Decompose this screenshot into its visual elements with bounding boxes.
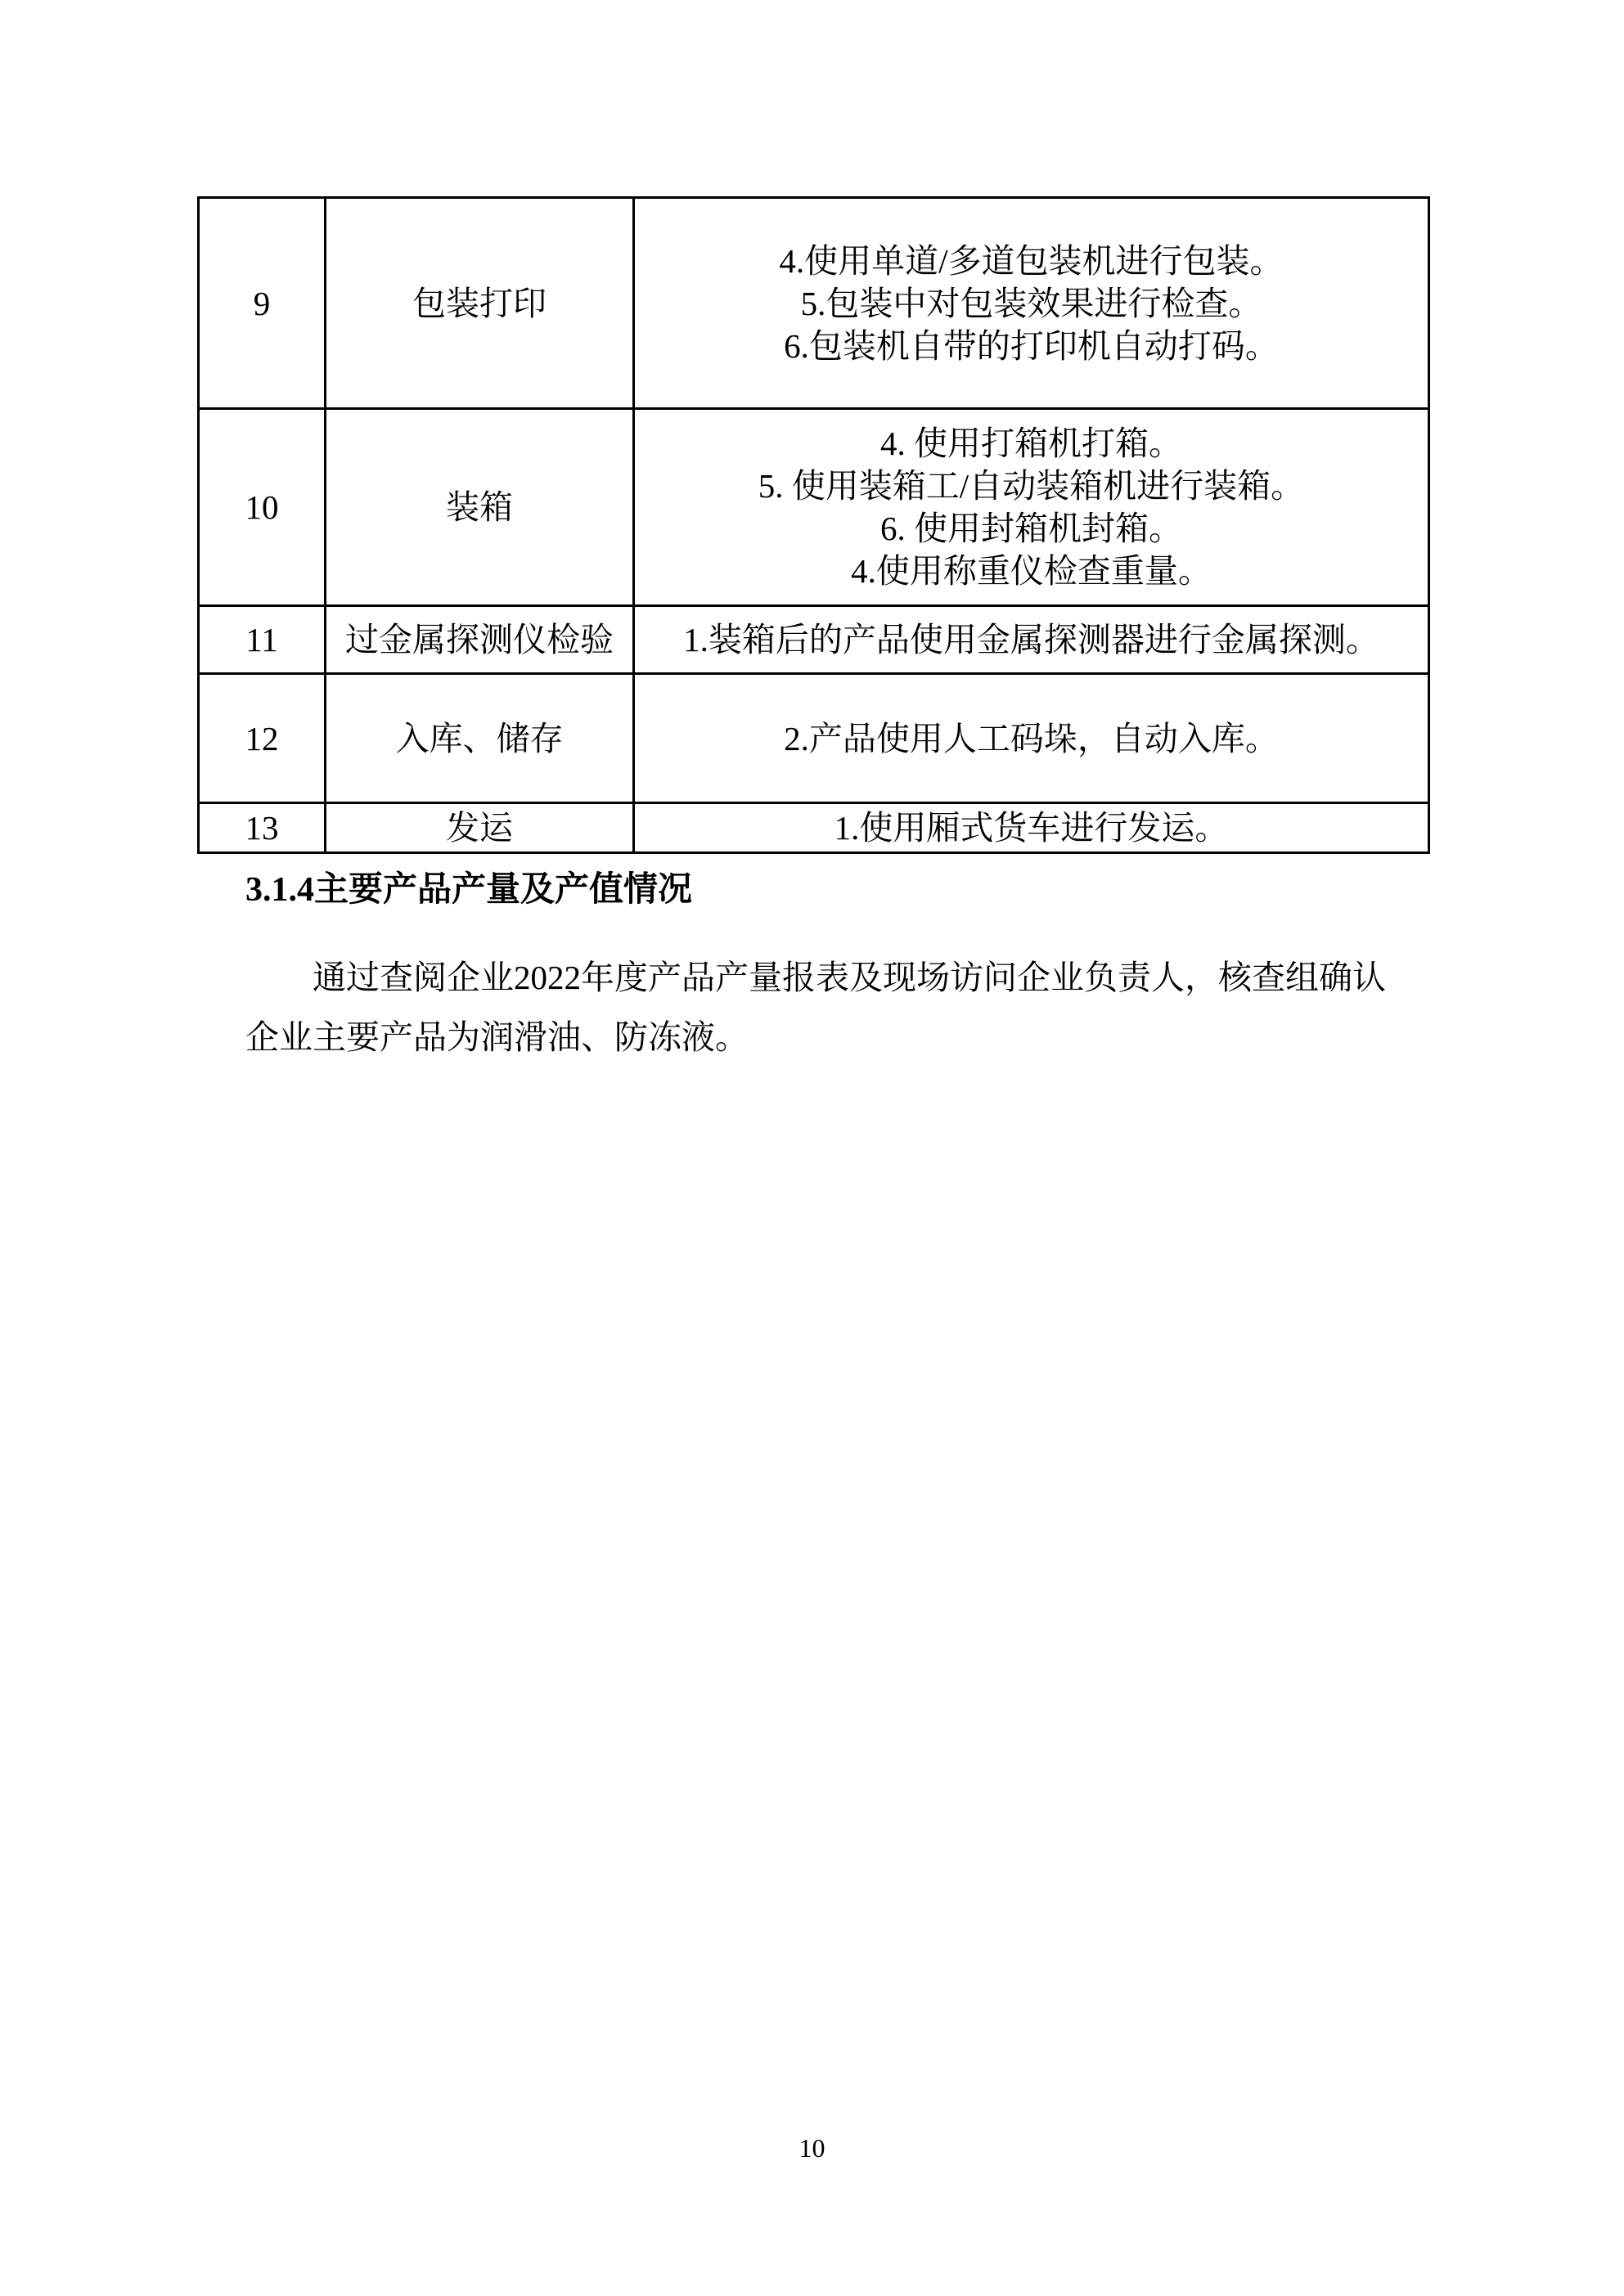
description-line: 1.使用厢式货车进行发运。 <box>635 807 1428 849</box>
description-line: 4. 使用打箱机打箱。 <box>635 422 1428 465</box>
document-page: { "page": { "number": "10" }, "table": {… <box>0 0 1624 2296</box>
table-row: 9 包装打印 4.使用单道/多道包装机进行包装。 5.包装中对包装效果进行检查。… <box>199 198 1429 409</box>
paragraph: 通过查阅企业2022年度产品产量报表及现场访问企业负责人，核查组确认 企业主要产… <box>245 948 1383 1067</box>
process-name-cell: 入库、储存 <box>326 674 634 803</box>
table-row: 10 装箱 4. 使用打箱机打箱。 5. 使用装箱工/自动装箱机进行装箱。 6.… <box>199 409 1429 606</box>
description-line: 5. 使用装箱工/自动装箱机进行装箱。 <box>635 465 1428 507</box>
table-row: 13 发运 1.使用厢式货车进行发运。 <box>199 803 1429 853</box>
description-line: 4.使用单道/多道包装机进行包装。 <box>635 240 1428 282</box>
description-line: 6.包装机自带的打印机自动打码。 <box>635 325 1428 367</box>
paragraph-line: 通过查阅企业2022年度产品产量报表及现场访问企业负责人，核查组确认 <box>245 948 1383 1008</box>
row-number-cell: 11 <box>199 606 326 674</box>
row-number-cell: 13 <box>199 803 326 853</box>
row-number-cell: 9 <box>199 198 326 409</box>
process-description-cell: 1.装箱后的产品使用金属探测器进行金属探测。 <box>634 606 1429 674</box>
description-line: 6. 使用封箱机封箱。 <box>635 507 1428 550</box>
description-line: 4.使用称重仪检查重量。 <box>635 550 1428 592</box>
table-row: 12 入库、储存 2.产品使用人工码垛，自动入库。 <box>199 674 1429 803</box>
process-description-cell: 2.产品使用人工码垛，自动入库。 <box>634 674 1429 803</box>
process-description-cell: 1.使用厢式货车进行发运。 <box>634 803 1429 853</box>
description-line: 5.包装中对包装效果进行检查。 <box>635 282 1428 325</box>
page-number: 10 <box>0 2133 1624 2163</box>
process-description-cell: 4. 使用打箱机打箱。 5. 使用装箱工/自动装箱机进行装箱。 6. 使用封箱机… <box>634 409 1429 606</box>
description-line: 1.装箱后的产品使用金属探测器进行金属探测。 <box>635 618 1428 661</box>
paragraph-line: 企业主要产品为润滑油、防冻液。 <box>245 1008 1383 1067</box>
process-name-cell: 装箱 <box>326 409 634 606</box>
table-row: 11 过金属探测仪检验 1.装箱后的产品使用金属探测器进行金属探测。 <box>199 606 1429 674</box>
process-name-cell: 包装打印 <box>326 198 634 409</box>
description-line: 2.产品使用人工码垛，自动入库。 <box>635 717 1428 760</box>
process-name-cell: 发运 <box>326 803 634 853</box>
row-number-cell: 10 <box>199 409 326 606</box>
process-description-cell: 4.使用单道/多道包装机进行包装。 5.包装中对包装效果进行检查。 6.包装机自… <box>634 198 1429 409</box>
process-table: 9 包装打印 4.使用单道/多道包装机进行包装。 5.包装中对包装效果进行检查。… <box>197 196 1430 854</box>
process-name-cell: 过金属探测仪检验 <box>326 606 634 674</box>
section-heading: 3.1.4主要产品产量及产值情况 <box>245 869 692 910</box>
row-number-cell: 12 <box>199 674 326 803</box>
